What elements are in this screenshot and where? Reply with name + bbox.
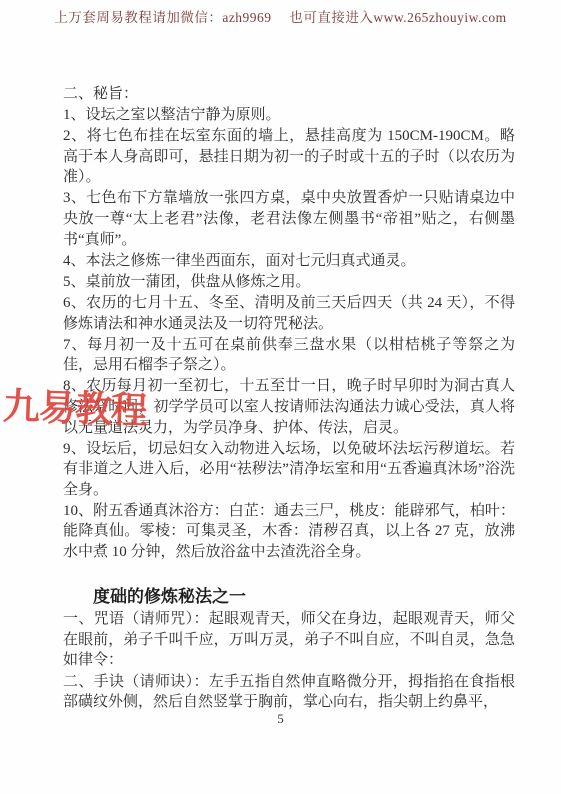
list-item: 6、农历的七月十五、冬至、清明及前三天后四天（共 24 天），不得修炼请法和神水… (63, 293, 515, 334)
list-item: 9、设坛后，切忌妇女入动物进入坛场，以免破坏法坛污秽道坛。若有非道之人进入后，必… (63, 439, 515, 501)
list-item: 3、七色布下方靠墙放一张四方桌，桌中央放置香炉一只贴请桌边中央放一尊“太上老君”… (63, 188, 515, 250)
watermark-stamp: 九易教程 (2, 376, 148, 435)
section-heading: 度础的修炼秘法之一 (63, 587, 515, 608)
list-item: 10、附五香通真沐浴方：白芷：通去三尸，桃皮：能辟邪气，柏叶：能降真仙。零棱：可… (63, 501, 515, 563)
document-page: 上万套周易教程请加微信：azh9969 也可直接进入www.265zhouyiw… (0, 0, 561, 794)
list-item: 4、本法之修炼一律坐西面东，面对七元归真式通灵。 (63, 251, 515, 272)
list-item: 一、咒语（请师咒）：起眼观青天，师父在身边，起眼观青天，师父在眼前，弟子千叫千应… (63, 609, 515, 671)
list-item: 二、手诀（请师诀）：左手五指自然伸直略微分开，拇指掐在食指根部磺纹外侧，然后自然… (63, 672, 515, 713)
page-number: 5 (0, 711, 561, 727)
list-item: 2、将七色布挂在坛室东面的墙上，悬挂高度为 150CM-190CM。略高于本人身… (63, 126, 515, 188)
list-item: 5、桌前放一蒲团，供盘从修炼之用。 (63, 272, 515, 293)
header-promo-text: 上万套周易教程请加微信：azh9969 也可直接进入www.265zhouyiw… (0, 6, 561, 26)
section1-title: 二、秘旨： (63, 84, 515, 105)
list-item: 1、设坛之室以整洁宁静为原则。 (63, 105, 515, 126)
list-item: 7、每月初一及十五可在桌前供奉三盘水果（以柑桔桃子等祭之为佳，忌用石榴李子祭之）… (63, 335, 515, 376)
